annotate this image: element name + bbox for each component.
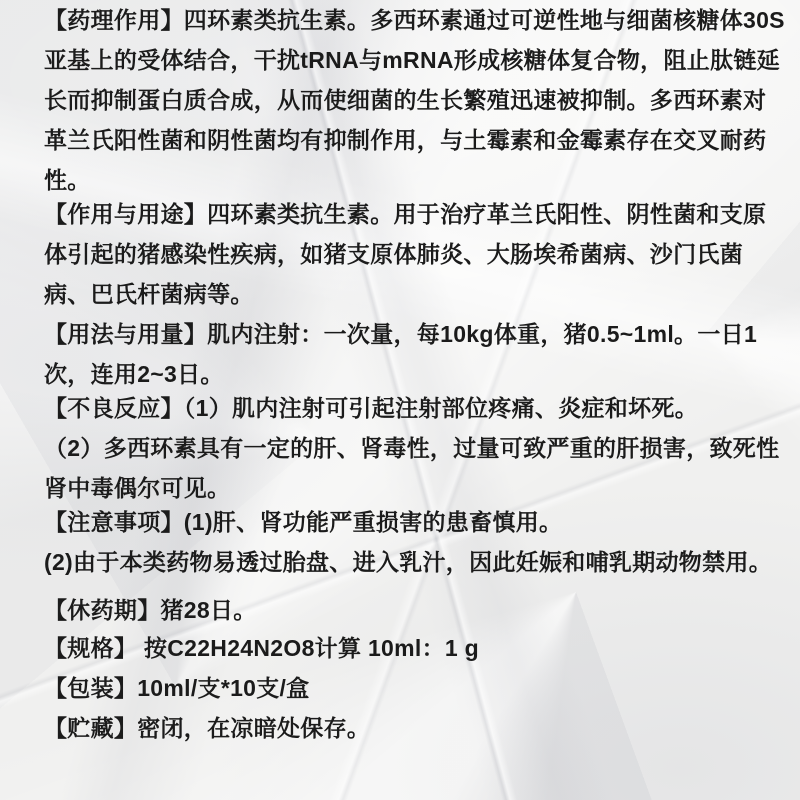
section-dosage: 【用法与用量】肌内注射：一次量，每10kg体重，猪0.5~1ml。一日1 次，连… (44, 314, 764, 394)
section-indications: 【作用与用途】四环素类抗生素。用于治疗革兰氏阳性、阴性菌和支原 体引起的猪感染性… (44, 194, 764, 314)
text-line: (2)由于本类药物易透过胎盘、进入乳汁，因此妊娠和哺乳期动物禁用。 (44, 542, 764, 582)
text-line: 【药理作用】四环素类抗生素。多西环素通过可逆性地与细菌核糖体30S (44, 0, 764, 40)
text-line: 【包装】10ml/支*10支/盒 (44, 668, 764, 708)
text-line: 【注意事项】(1)肝、肾功能严重损害的患畜慎用。 (44, 502, 764, 542)
section-precautions: 【注意事项】(1)肝、肾功能严重损害的患畜慎用。 (2)由于本类药物易透过胎盘、… (44, 502, 764, 582)
section-packaging: 【包装】10ml/支*10支/盒 (44, 668, 764, 708)
text-line: 体引起的猪感染性疾病，如猪支原体肺炎、大肠埃希菌病、沙门氏菌 (44, 234, 764, 274)
text-line: 革兰氏阳性菌和阴性菌均有抑制作用，与土霉素和金霉素存在交叉耐药 (44, 120, 764, 160)
text-line: 长而抑制蛋白质合成，从而使细菌的生长繁殖迅速被抑制。多西环素对 (44, 80, 764, 120)
text-line: 【用法与用量】肌内注射：一次量，每10kg体重，猪0.5~1ml。一日1 (44, 314, 764, 354)
text-line: 【规格】 按C22H24N2O8计算 10ml：1 g (44, 628, 764, 668)
section-pharmacology: 【药理作用】四环素类抗生素。多西环素通过可逆性地与细菌核糖体30S 亚基上的受体… (44, 0, 764, 200)
crumpled-paper-background: 【药理作用】四环素类抗生素。多西环素通过可逆性地与细菌核糖体30S 亚基上的受体… (0, 0, 800, 800)
section-specification: 【规格】 按C22H24N2O8计算 10ml：1 g (44, 628, 764, 668)
text-line: 【不良反应】（1）肌内注射可引起注射部位疼痛、炎症和坏死。 (44, 388, 764, 428)
section-storage: 【贮藏】密闭，在凉暗处保存。 (44, 708, 764, 748)
text-line: 【贮藏】密闭，在凉暗处保存。 (44, 708, 764, 748)
section-withdrawal-period: 【休药期】猪28日。 (44, 590, 764, 630)
text-line: 病、巴氏杆菌病等。 (44, 274, 764, 314)
drug-label-document: 【药理作用】四环素类抗生素。多西环素通过可逆性地与细菌核糖体30S 亚基上的受体… (44, 0, 764, 748)
text-line: 【作用与用途】四环素类抗生素。用于治疗革兰氏阳性、阴性菌和支原 (44, 194, 764, 234)
text-line: 亚基上的受体结合，干扰tRNA与mRNA形成核糖体复合物，阻止肽链延 (44, 40, 764, 80)
section-adverse-reactions: 【不良反应】（1）肌内注射可引起注射部位疼痛、炎症和坏死。 （2）多西环素具有一… (44, 388, 764, 508)
text-line: 【休药期】猪28日。 (44, 590, 764, 630)
text-line: （2）多西环素具有一定的肝、肾毒性，过量可致严重的肝损害，致死性 (44, 428, 764, 468)
